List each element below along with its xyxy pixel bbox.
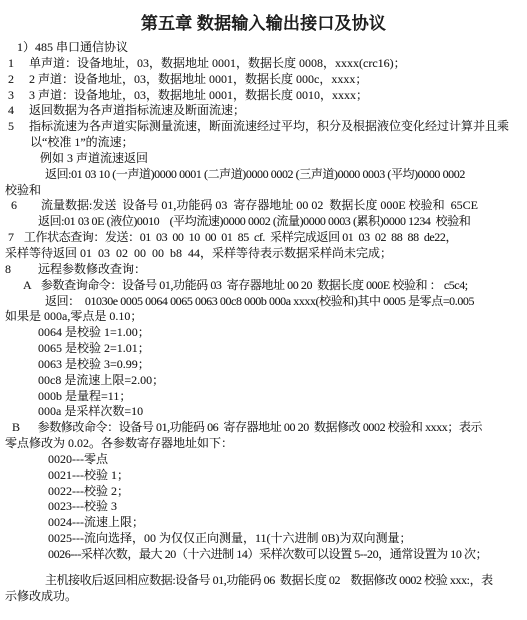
doc-line: 8 远程参数修改查询： [0,262,527,278]
doc-line: B 参数修改命令：设备号 01,功能码 06 寄存器地址 00 20 数据修改 … [0,420,527,436]
doc-line: 4 返回数据为各声道指标流速及断面流速； [0,103,527,119]
doc-line: 2 2 声道：设备地址，03，数据地址 0001，数据长度 000c，xxxx； [0,72,527,88]
doc-line: 7 工作状态查询：发送：01 03 00 10 00 01 85 cf. 采样完… [0,230,527,246]
doc-line: 零点修改为 0.02。各参数寄存器地址如下： [0,436,527,452]
doc-line: 0021---校验 1； [0,468,527,484]
doc-line: 00c8 是流速上限=2.00； [0,373,527,389]
doc-line: 000b 是量程=11； [0,389,527,405]
doc-line: 校验和 [0,183,527,199]
doc-line: 主机接收后返回相应数据:设备号 01,功能码 06 数据长度 02 数据修改 0… [0,573,527,589]
doc-line: 例如 3 声道流速返回 [0,151,527,167]
doc-line: 000a 是采样次数=10 [0,404,527,420]
doc-line: 0023---校验 3 [0,499,527,515]
doc-line: 0020---零点 [0,452,527,468]
doc-line: 返回:01 03 0E (液位)0010 (平均流速)0000 0002 (流量… [0,214,527,230]
doc-line: 示修改成功。 [0,589,527,605]
page-title: 第五章 数据输入输出接口及协议 [0,13,527,34]
doc-line: 0022---校验 2； [0,484,527,500]
doc-line: 0024---流速上限； [0,515,527,531]
doc-line: 1）485 串口通信协议 [0,40,527,56]
doc-line: 0065 是校验 2=1.01； [0,341,527,357]
doc-line: 6 流量数据:发送 设备号 01,功能码 03 寄存器地址 00 02 数据长度… [0,198,527,214]
doc-line: 0025---流向选择，00 为仅仅正向测量，11(十六进制 0B)为双向测量； [0,531,527,547]
doc-line: 1 单声道：设备地址，03，数据地址 0001，数据长度 0008，xxxx(c… [0,56,527,72]
doc-line: 3 3 声道：设备地址，03，数据地址 0001，数据长度 0010，xxxx； [0,88,527,104]
doc-line: 采样等待返回 01 03 02 00 00 b8 44，采样等待表示数据采样尚未… [0,246,527,262]
doc-line: A 参数查询命令：设备号 01,功能码 03 寄存器地址 00 20 数据长度 … [0,278,527,294]
doc-line: 返回： 01030e 0005 0064 0065 0063 00c8 000b… [0,294,527,310]
doc-line: 5 指标流速为各声道实际测量流速，断面流速经过平均，积分及根据液位变化经过计算并… [0,119,527,135]
doc-line: 返回:01 03 10 (一声道)0000 0001 (二声道)0000 000… [0,167,527,183]
document-page: 第五章 数据输入输出接口及协议 1）485 串口通信协议 1 单声道：设备地址，… [0,0,527,620]
doc-line: 0063 是校验 3=0.99； [0,357,527,373]
doc-line: 0064 是校验 1=1.00； [0,325,527,341]
doc-line: 以“校准 1”的流速； [0,135,527,151]
doc-line: 0026---采样次数，最大 20（十六进制 14）采样次数可以设置 5--20… [0,547,527,563]
doc-line: 如果是 000a,零点是 0.10； [0,309,527,325]
